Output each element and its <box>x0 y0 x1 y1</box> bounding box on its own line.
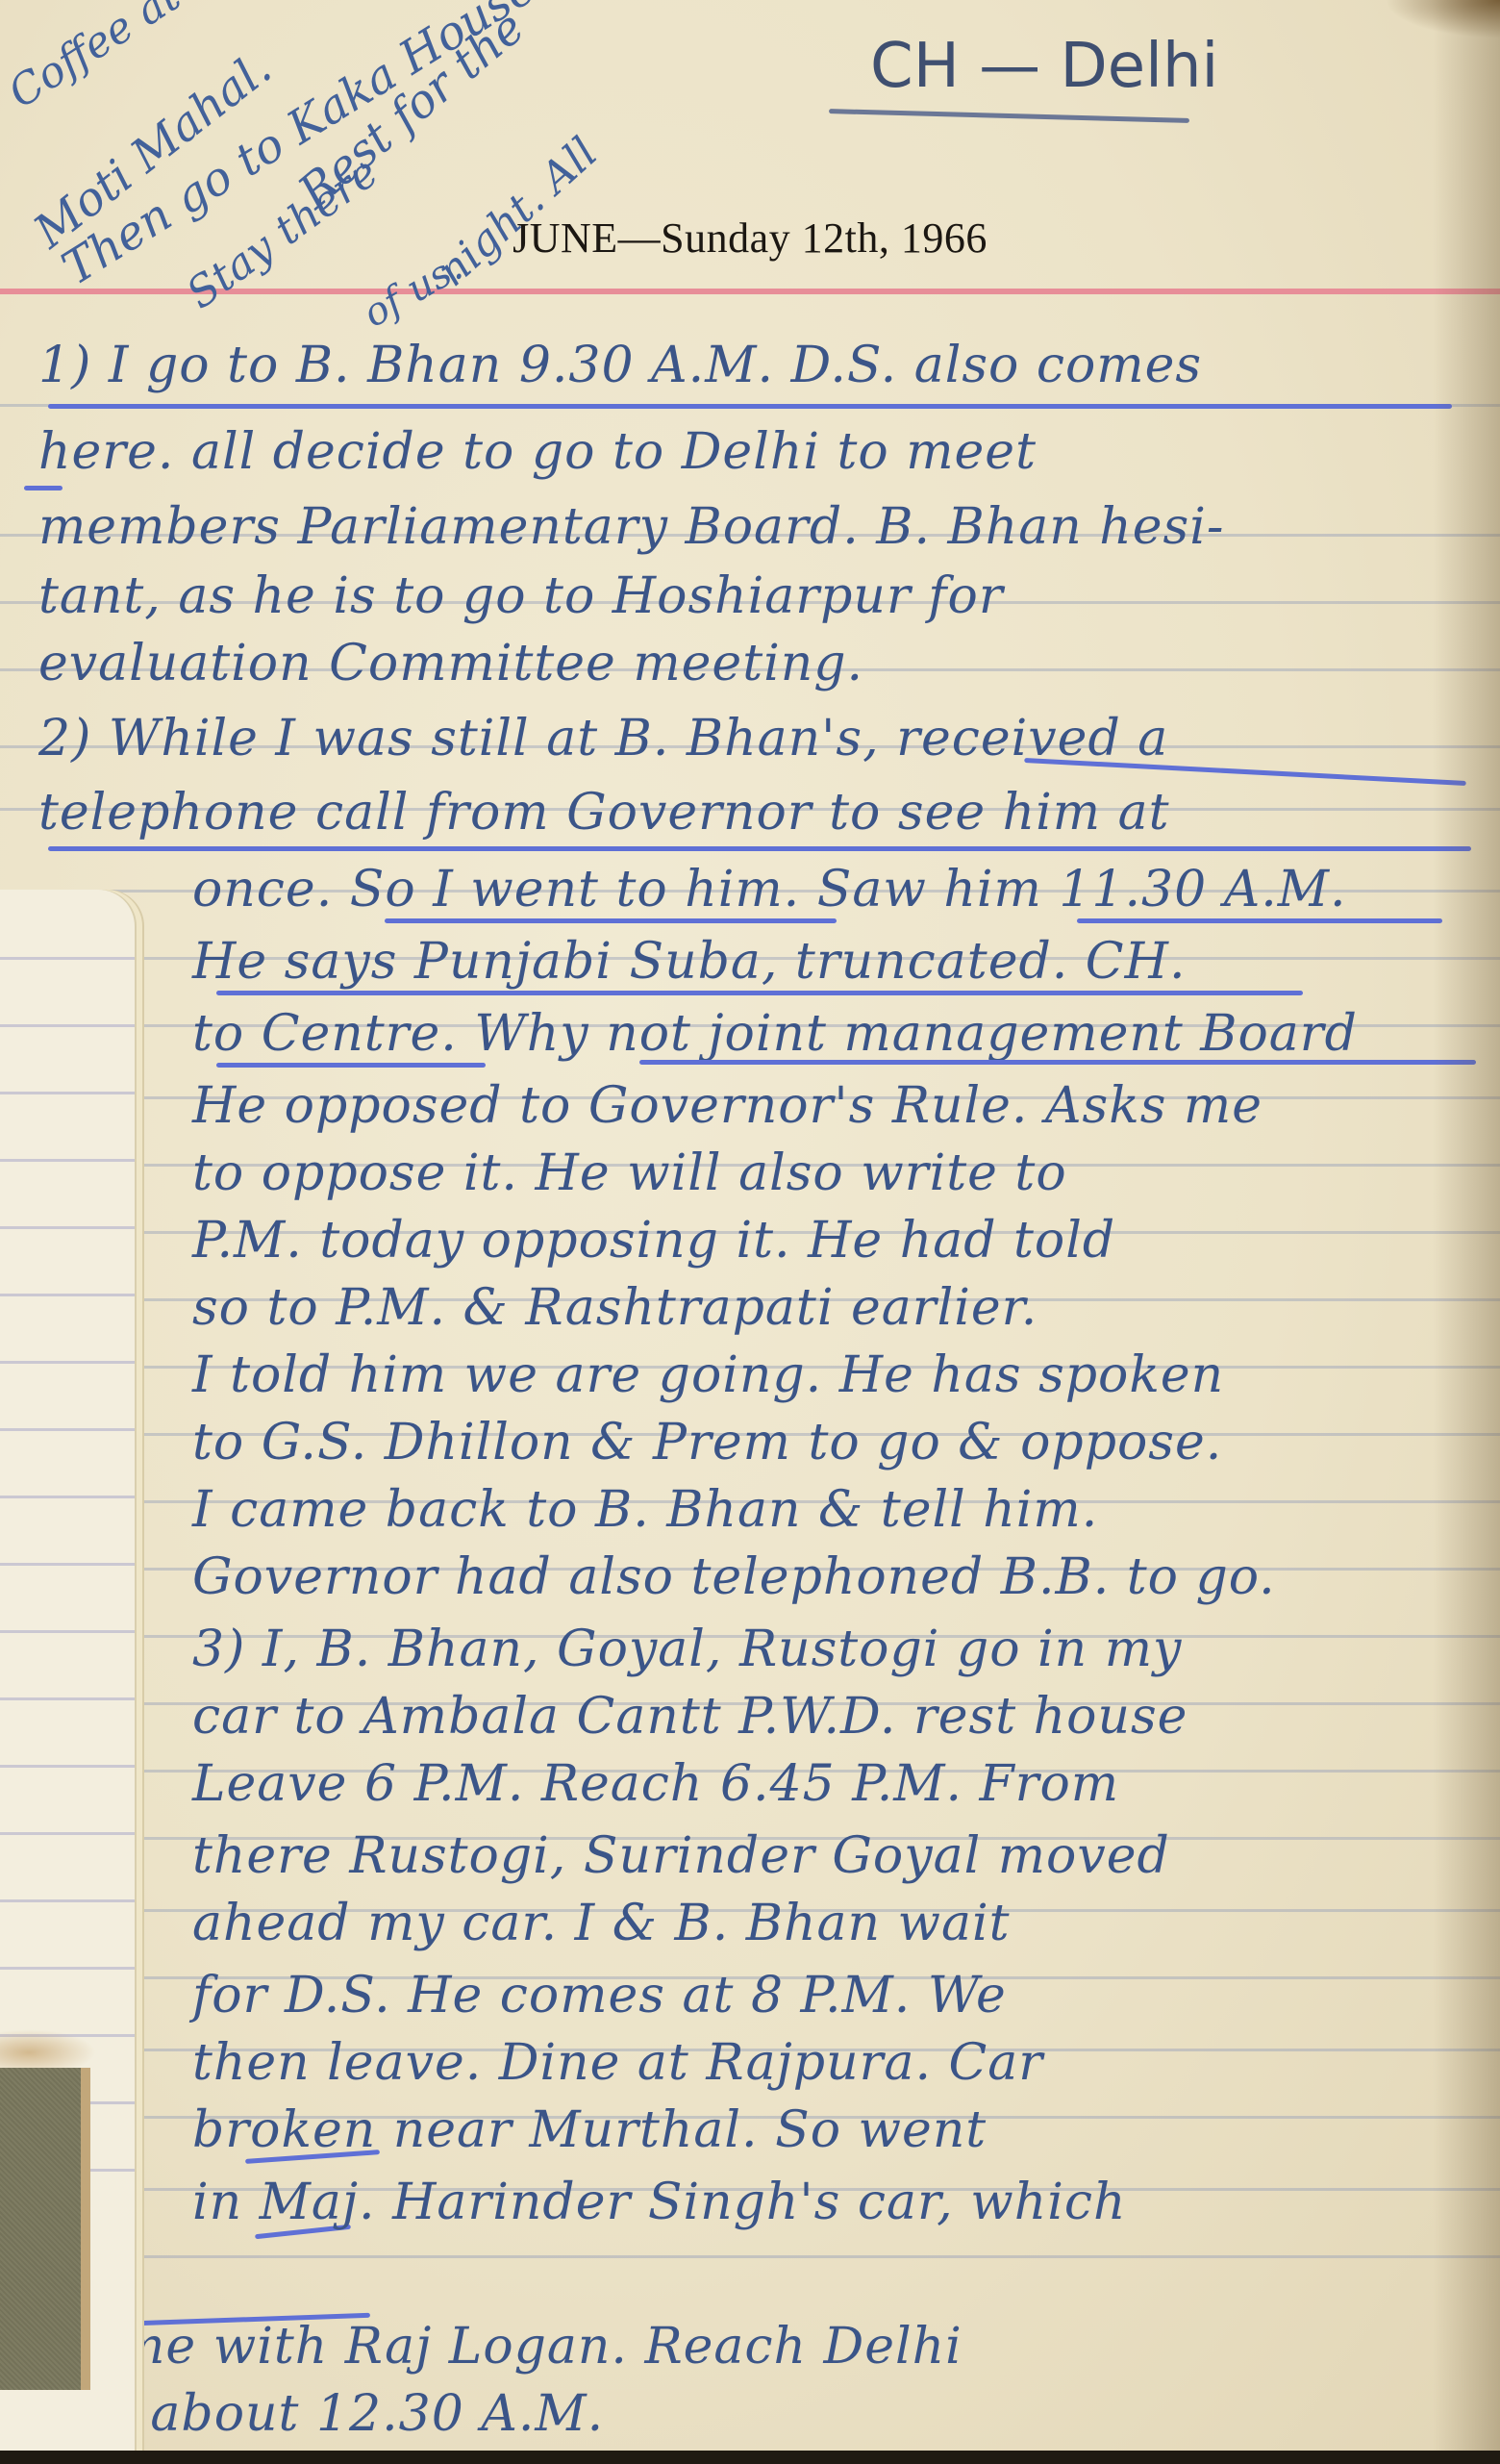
entry-2-line-2: telephone call from Governor to see him … <box>38 784 1170 842</box>
page-edge-shadow <box>1433 0 1500 2451</box>
entry-1-line-4: tant, as he is to go to Hoshiarpur for <box>38 567 1004 625</box>
entry-3-line-2: car to Ambala Cantt P.W.D. rest house <box>192 1688 1187 1746</box>
entry-1-line-1: 1) I go to B. Bhan 9.30 A.M. D.S. also c… <box>38 337 1202 394</box>
entry-1-underline-1 <box>48 404 1452 409</box>
entry-2-line-3: once. So I went to him. Saw him 11.30 A.… <box>192 861 1347 918</box>
entry-2-underline-6 <box>216 1063 486 1068</box>
binding-stain <box>0 2029 96 2068</box>
entry-3-line-3: Leave 6 P.M. Reach 6.45 P.M. From <box>192 1755 1119 1813</box>
printed-day-date: Sunday 12th, 1966 <box>661 214 987 263</box>
corner-discoloration <box>1385 0 1500 38</box>
margin-note-1: Coffee at <box>0 0 189 118</box>
entry-2-underline-2 <box>48 846 1471 851</box>
handwritten-heading-text: CH — Delhi <box>870 31 1218 102</box>
entry-2-line-10: I told him we are going. He has spoken <box>192 1346 1224 1404</box>
entry-2-underline-1 <box>1024 758 1466 786</box>
entry-2-line-12: I came back to B. Bhan & tell him. <box>192 1481 1098 1539</box>
entry-3-line-4: there Rustogi, Surinder Goyal moved <box>192 1827 1170 1885</box>
cloth-binding-strip <box>0 2068 90 2390</box>
printed-separator: — <box>618 214 662 263</box>
handwritten-heading: CH — Delhi <box>870 31 1218 102</box>
entry-2-line-13: Governor had also telephoned B.B. to go. <box>192 1548 1276 1606</box>
entry-3-line-11: at about 12.30 A.M. <box>82 2385 604 2443</box>
entry-3-line-8: broken near Murthal. So went <box>192 2101 987 2159</box>
bottom-edge <box>0 2451 1500 2464</box>
entry-2-line-4: He says Punjabi Suba, truncated. CH. <box>192 933 1186 991</box>
entry-2-underline-3 <box>385 918 837 923</box>
entry-1-line-2: here. all decide to go to Delhi to meet <box>38 423 1037 481</box>
entry-3-line-9: in Maj. Harinder Singh's car, which <box>192 2174 1126 2231</box>
entry-1-underline-2 <box>24 486 62 490</box>
entry-3-line-10: came with Raj Logan. Reach Delhi <box>58 2318 962 2376</box>
entry-1-line-5: evaluation Committee meeting. <box>38 635 863 692</box>
entry-1-line-3: members Parliamentary Board. B. Bhan hes… <box>38 498 1224 556</box>
entry-2-line-9: so to P.M. & Rashtrapati earlier. <box>192 1279 1037 1337</box>
entry-3-line-5: ahead my car. I & B. Bhan wait <box>192 1895 1011 1952</box>
entry-2-line-11: to G.S. Dhillon & Prem to go & oppose. <box>192 1414 1222 1471</box>
entry-2-underline-7 <box>639 1060 1476 1065</box>
entry-2-line-1: 2) While I was still at B. Bhan's, recei… <box>38 710 1168 767</box>
entry-2-line-7: to oppose it. He will also write to <box>192 1144 1067 1202</box>
diary-page: JUNE—Sunday 12th, 1966 CH — Delhi Coffee… <box>0 0 1500 2451</box>
entry-2-line-8: P.M. today opposing it. He had told <box>192 1212 1115 1270</box>
entry-3-line-1: 3) I, B. Bhan, Goyal, Rustogi go in my <box>192 1621 1182 1678</box>
heading-underline <box>829 109 1189 123</box>
entry-3-line-6: for D.S. He comes at 8 P.M. We <box>192 1967 1007 2024</box>
entry-2-underline-5 <box>216 991 1303 995</box>
entry-2-line-5: to Centre. Why not joint management Boar… <box>192 1005 1358 1063</box>
entry-2-underline-4 <box>1077 918 1442 923</box>
entry-2-line-6: He opposed to Governor's Rule. Asks me <box>192 1077 1262 1135</box>
entry-3-line-7: then leave. Dine at Rajpura. Car <box>192 2034 1043 2092</box>
